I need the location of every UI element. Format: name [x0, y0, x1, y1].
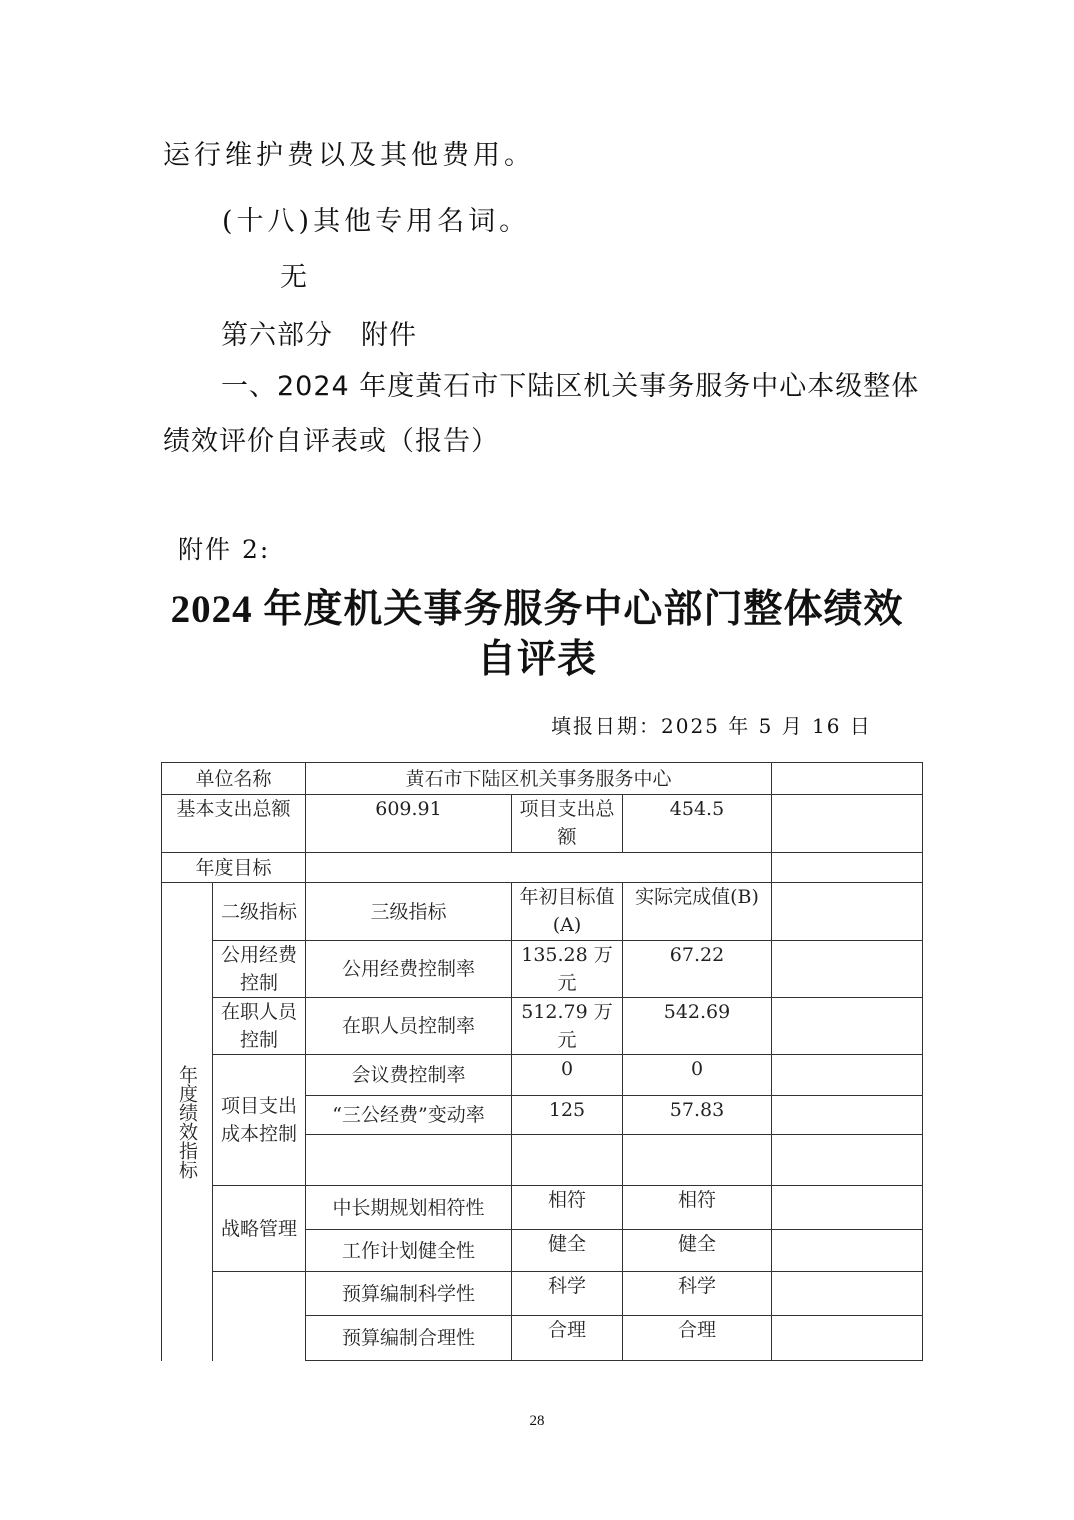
actual-cell: 0: [623, 1055, 772, 1096]
basic-expense-value: 609.91: [306, 795, 512, 853]
basic-expense-label: 基本支出总额: [162, 795, 306, 853]
annual-goal-label: 年度目标: [162, 853, 306, 883]
paragraph-maintenance-costs: 运行维护费以及其他费用。: [163, 133, 535, 172]
blank-cell: [772, 1272, 923, 1316]
actual-cell: 合理: [623, 1316, 772, 1361]
header-level2: 二级指标: [213, 883, 306, 941]
level2-cell: [213, 1272, 306, 1361]
actual-cell: 67.22: [623, 941, 772, 998]
level3-cell: 预算编制合理性: [306, 1316, 512, 1361]
attachment-item-line1: 一、2024 年度黄石市下陆区机关事务服务中心本级整体: [221, 364, 919, 403]
project-expense-value: 454.5: [623, 795, 772, 853]
header-target: 年初目标值(A): [512, 883, 623, 941]
level2-cell: 战略管理: [213, 1186, 306, 1272]
blank-cell: [772, 941, 923, 998]
level3-cell: 工作计划健全性: [306, 1230, 512, 1272]
blank-cell: [772, 1230, 923, 1272]
blank-cell: [772, 883, 923, 941]
project-expense-label: 项目支出总额: [512, 795, 623, 853]
paragraph-none: 无: [280, 255, 311, 294]
target-cell: 125: [512, 1096, 623, 1135]
actual-cell: 科学: [623, 1272, 772, 1316]
level3-cell: 公用经费控制率: [306, 941, 512, 998]
target-cell: 科学: [512, 1272, 623, 1316]
header-actual: 实际完成值(B): [623, 883, 772, 941]
blank-cell: [772, 795, 923, 853]
target-cell: 512.79 万元: [512, 998, 623, 1055]
header-level3: 三级指标: [306, 883, 512, 941]
target-cell: 相符: [512, 1186, 623, 1230]
level2-cell: 在职人员控制: [213, 998, 306, 1055]
level3-cell: [306, 1135, 512, 1186]
level3-cell: “三公经费”变动率: [306, 1096, 512, 1135]
blank-cell: [772, 1055, 923, 1096]
attachment-item-line2: 绩效评价自评表或（报告）: [163, 419, 499, 458]
level3-cell: 中长期规划相符性: [306, 1186, 512, 1230]
target-cell: 健全: [512, 1230, 623, 1272]
actual-cell: 542.69: [623, 998, 772, 1055]
target-cell: [512, 1135, 623, 1186]
actual-cell: [623, 1135, 772, 1186]
blank-cell: [772, 1096, 923, 1135]
performance-self-evaluation-table: 单位名称 黄石市下陆区机关事务服务中心 基本支出总额 609.91 项目支出总额…: [161, 762, 923, 1361]
paragraph-other-terms: (十八)其他专用名词。: [222, 199, 530, 238]
target-cell: 0: [512, 1055, 623, 1096]
blank-cell: [772, 1186, 923, 1230]
level3-cell: 会议费控制率: [306, 1055, 512, 1096]
blank-cell: [772, 853, 923, 883]
unit-name-label: 单位名称: [162, 763, 306, 795]
section-heading: 第六部分 附件: [221, 313, 417, 352]
level2-cell: 项目支出成本控制: [213, 1055, 306, 1186]
blank-cell: [772, 998, 923, 1055]
form-title-line1: 2024 年度机关事务服务中心部门整体绩效: [0, 578, 1074, 634]
blank-cell: [772, 1135, 923, 1186]
indicator-group-label: 年度绩效指标: [162, 883, 213, 1361]
page-number: 28: [0, 1413, 1074, 1430]
level3-cell: 在职人员控制率: [306, 998, 512, 1055]
level2-cell: 公用经费控制: [213, 941, 306, 998]
actual-cell: 相符: [623, 1186, 772, 1230]
actual-cell: 健全: [623, 1230, 772, 1272]
unit-name-value: 黄石市下陆区机关事务服务中心: [306, 763, 772, 795]
actual-cell: 57.83: [623, 1096, 772, 1135]
attachment-label: 附件 2:: [178, 530, 270, 566]
target-cell: 合理: [512, 1316, 623, 1361]
form-title-line2: 自评表: [0, 628, 1074, 684]
target-cell: 135.28 万元: [512, 941, 623, 998]
level3-cell: 预算编制科学性: [306, 1272, 512, 1316]
blank-cell: [772, 1316, 923, 1361]
fill-date: 填报日期：2025 年 5 月 16 日: [551, 710, 872, 739]
annual-goal-value: [306, 853, 772, 883]
blank-cell: [772, 763, 923, 795]
